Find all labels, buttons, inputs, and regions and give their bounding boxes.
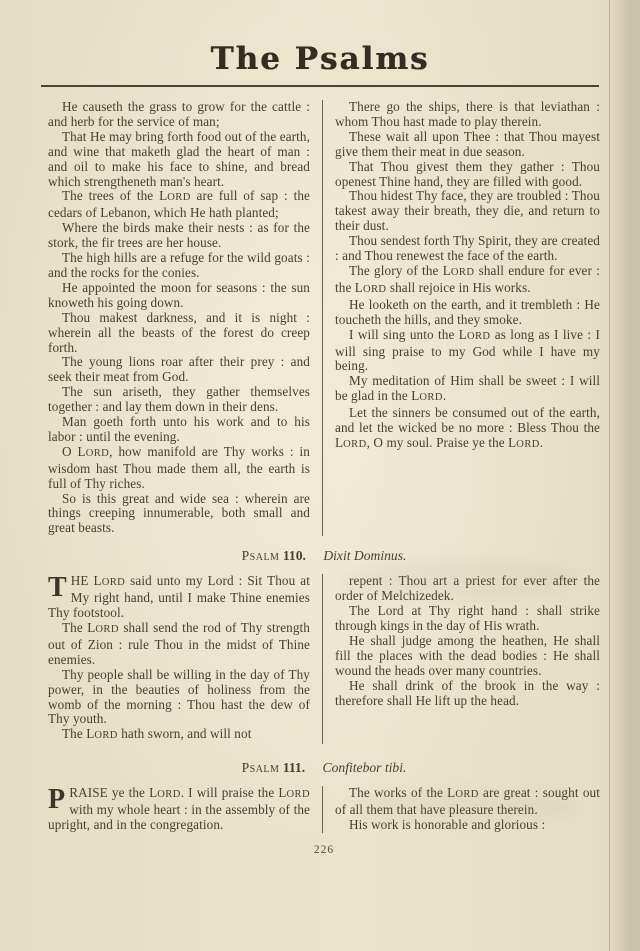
verse-paragraph: The high hills are a refuge for the wild… [48, 251, 310, 281]
page-edge-shadow [609, 0, 640, 951]
verse-paragraph: That Thou givest them they gather : Thou… [335, 160, 600, 190]
verse-paragraph: He causeth the grass to grow for the cat… [48, 100, 310, 130]
column-divider-rule [322, 786, 323, 833]
verse-paragraph: Man goeth forth unto his work and to his… [48, 415, 310, 445]
small-caps-text: ORD [343, 439, 366, 450]
verse-paragraph: There go the ships, there is that leviat… [335, 100, 600, 130]
small-caps-text: ORD [157, 789, 180, 800]
verse-paragraph: THE LORD said unto my Lord : Sit Thou at… [48, 574, 310, 621]
verse-paragraph: The sun ariseth, they gather themselves … [48, 385, 310, 415]
verse-paragraph: So is this great and wide sea : wherein … [48, 492, 310, 537]
verse-paragraph: The Lord at Thy right hand : shall strik… [335, 604, 600, 634]
section-psalm-111: PRAISE ye the LORD. I will praise the LO… [48, 786, 600, 833]
drop-cap-initial: P [48, 787, 65, 813]
left-column: PRAISE ye the LORD. I will praise the LO… [48, 786, 310, 833]
psalm-heading-latin: Dixit Dominus. [323, 548, 406, 563]
title-rule [41, 85, 599, 87]
psalm-heading-label: Psalm [242, 548, 280, 563]
verse-paragraph: PRAISE ye the LORD. I will praise the LO… [48, 786, 310, 833]
psalm-110-heading: Psalm 110. Dixit Dominus. [48, 548, 600, 563]
small-caps-text: ORD [455, 789, 478, 800]
psalm-heading-latin: Confitebor tibi. [323, 760, 407, 775]
right-column: There go the ships, there is that leviat… [335, 100, 600, 536]
small-caps-text: ORD [363, 284, 386, 295]
drop-cap-initial: T [48, 575, 67, 601]
small-caps-text: ORD [419, 392, 442, 403]
right-column: repent : Thou art a priest for ever afte… [335, 574, 600, 744]
verse-paragraph: The LORD shall send the rod of Thy stren… [48, 621, 310, 668]
verse-paragraph: Let the sinners be consumed out of the e… [335, 406, 600, 453]
verse-paragraph: He shall judge among the heathen, He sha… [335, 634, 600, 679]
small-caps-text: ORD [94, 730, 117, 741]
verse-paragraph: He shall drink of the brook in the way :… [335, 679, 600, 709]
small-caps-text: ORD [102, 577, 125, 588]
verse-paragraph: My meditation of Him shall be sweet : I … [335, 374, 600, 406]
verse-paragraph: The glory of the LORD shall endure for e… [335, 264, 600, 298]
small-caps-text: ORD [287, 789, 310, 800]
verse-paragraph: The young lions roar after their prey : … [48, 355, 310, 385]
verse-paragraph: repent : Thou art a priest for ever afte… [335, 574, 600, 604]
page-content: He causeth the grass to grow for the cat… [48, 100, 600, 856]
verse-paragraph: I will sing unto the LORD as long as I l… [335, 328, 600, 375]
verse-paragraph: Thy people shall be willing in the day o… [48, 668, 310, 728]
verse-paragraph: Thou makest darkness, and it is night : … [48, 311, 310, 356]
small-caps-text: ORD [467, 331, 490, 342]
column-divider-rule [322, 100, 323, 536]
verse-paragraph: His work is honorable and glorious : [335, 818, 600, 833]
section-psalm-104-continued: He causeth the grass to grow for the cat… [48, 100, 600, 536]
verse-paragraph: He appointed the moon for seasons : the … [48, 281, 310, 311]
psalm-111-heading: Psalm 111. Confitebor tibi. [48, 760, 600, 775]
verse-paragraph: O LORD, how manifold are Thy works : in … [48, 445, 310, 492]
verse-paragraph: He looketh on the earth, and it tremblet… [335, 298, 600, 328]
verse-paragraph: Thou hidest Thy face, they are troubled … [335, 189, 600, 234]
page-number: 226 [48, 844, 600, 856]
section-psalm-110: THE LORD said unto my Lord : Sit Thou at… [48, 574, 600, 744]
scanned-book-page: The Psalms He causeth the grass to grow … [0, 0, 640, 951]
small-caps-text: ORD [451, 267, 474, 278]
verse-paragraph: The works of the LORD are great : sought… [335, 786, 600, 818]
psalm-heading-number: 110. [283, 548, 306, 563]
verse-paragraph: These wait all upon Thee : that Thou may… [335, 130, 600, 160]
verse-paragraph: The LORD hath sworn, and will not [48, 727, 310, 744]
small-caps-text: ORD [167, 192, 190, 203]
verse-paragraph: The trees of the LORD are full of sap : … [48, 189, 310, 221]
column-divider-rule [322, 574, 323, 744]
psalm-heading-number: 111. [283, 760, 305, 775]
left-column: He causeth the grass to grow for the cat… [48, 100, 310, 536]
psalm-heading-label: Psalm [242, 760, 280, 775]
small-caps-text: ORD [86, 448, 109, 459]
verse-paragraph: Thou sendest forth Thy Spirit, they are … [335, 234, 600, 264]
page-title: The Psalms [0, 0, 640, 75]
left-column: THE LORD said unto my Lord : Sit Thou at… [48, 574, 310, 744]
small-caps-text: ORD [95, 624, 118, 635]
right-column: The works of the LORD are great : sought… [335, 786, 600, 833]
verse-paragraph: Where the birds make their nests : as fo… [48, 221, 310, 251]
verse-paragraph: That He may bring forth food out of the … [48, 130, 310, 190]
small-caps-text: ORD [516, 439, 539, 450]
